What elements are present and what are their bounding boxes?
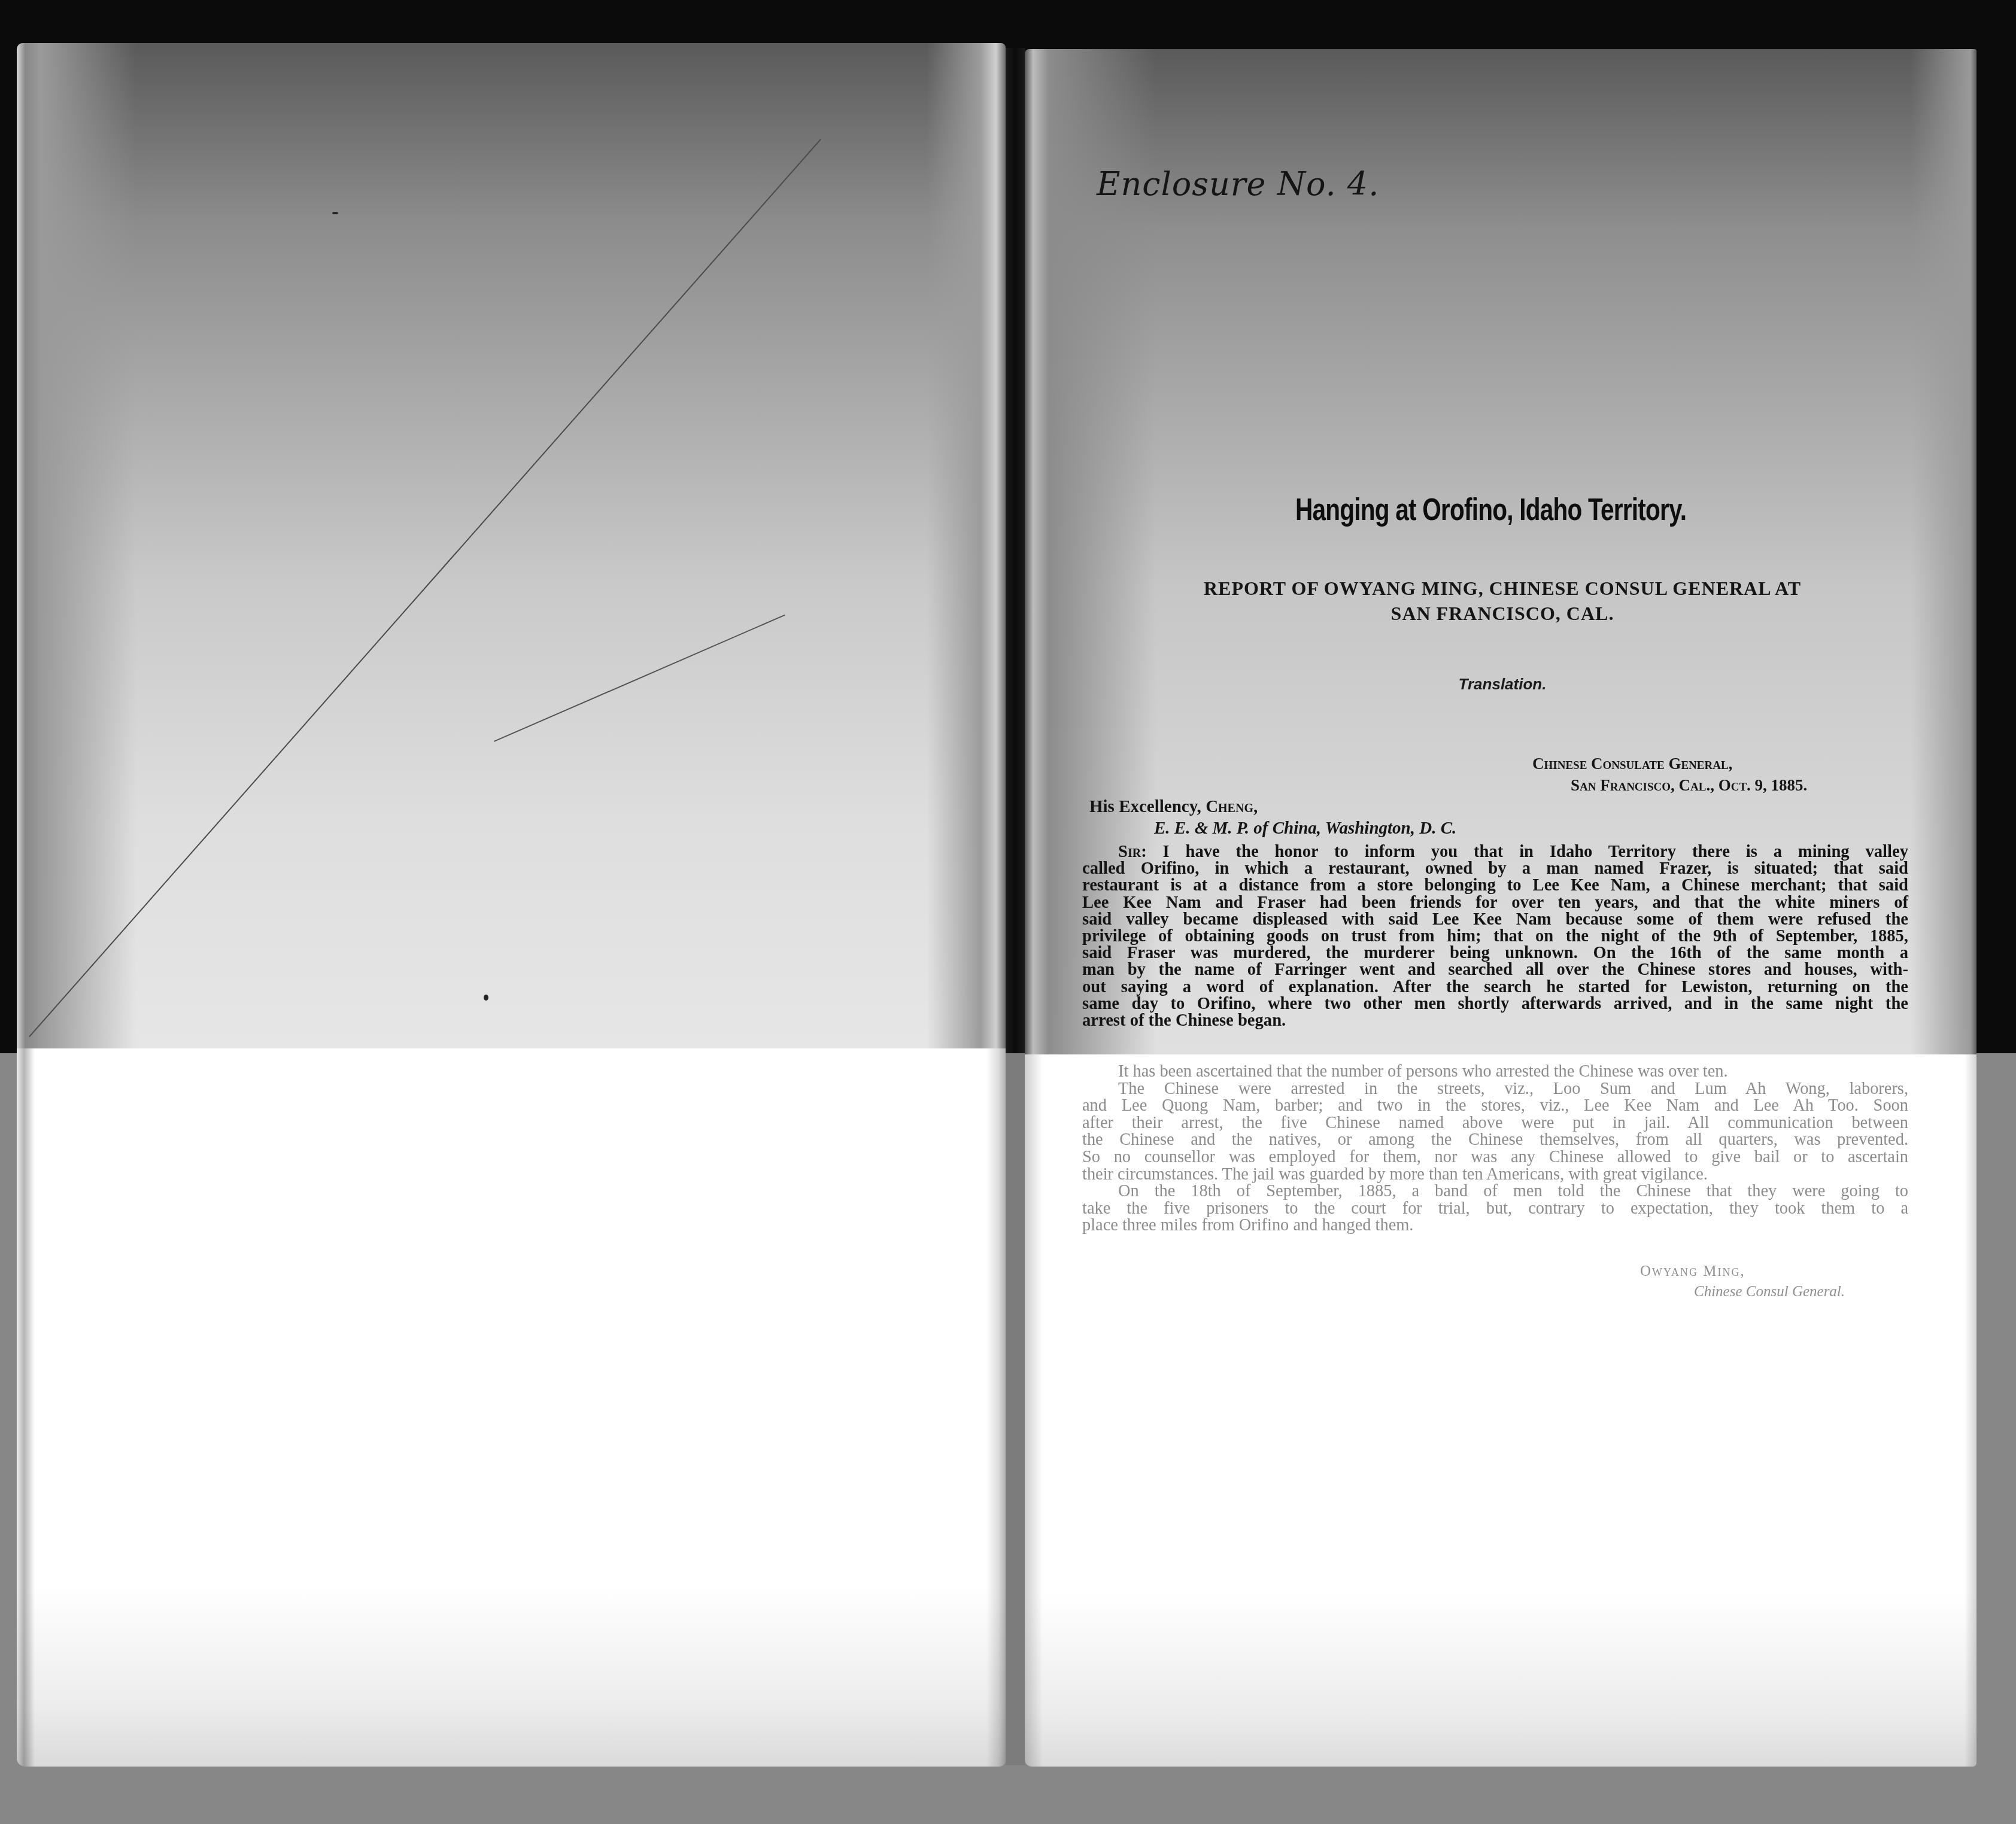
body-line: said valley became displeased with said … (1082, 911, 1908, 928)
report-title-line-2: SAN FRANCISCO, CAL. (1101, 601, 1903, 626)
consulate-date-line: San Francisco, Cal., Oct. 9, 1885. (1532, 774, 1807, 796)
signature-block: Owyang Ming, Chinese Consul General. (1640, 1261, 1845, 1302)
body-line: after their arrest, the five Chinese nam… (1082, 1115, 1908, 1132)
document-title: Hanging at Orofino, Idaho Territory. (1295, 492, 1686, 528)
signature-title: Chinese Consul General. (1640, 1282, 1845, 1302)
left-page (17, 43, 1006, 1767)
addressee-name: Cheng, (1206, 797, 1258, 816)
body-line: Lee Kee Nam and Fraser had been friends … (1082, 895, 1908, 911)
body-line: The Chinese were arrested in the streets… (1082, 1081, 1908, 1098)
addressee-prefix: His Excellency, (1089, 797, 1206, 816)
letter-body-upper: Sir: I have the honor to inform you that… (1082, 844, 1908, 1029)
body-line: take the five prisoners to the court for… (1082, 1200, 1908, 1218)
body-line: out saying a word of explanation. After … (1082, 979, 1908, 996)
left-page-lower (17, 1048, 1006, 1767)
left-page-upper (17, 43, 1006, 1048)
speck (484, 995, 488, 1001)
body-line: their circumstances. The jail was guarde… (1082, 1166, 1908, 1184)
consulate-line-1: Chinese Consulate General, (1532, 753, 1807, 774)
consulate-header: Chinese Consulate General, San Francisco… (1532, 753, 1807, 796)
body-line: privilege of obtaining goods on trust fr… (1082, 928, 1908, 945)
speck (332, 212, 338, 214)
addressee: His Excellency, Cheng, E. E. & M. P. of … (1089, 796, 1456, 839)
body-line: restaurant is at a distance from a store… (1082, 877, 1908, 894)
addressee-line-2: E. E. & M. P. of China, Washington, D. C… (1089, 817, 1456, 839)
body-line: On the 18th of September, 1885, a band o… (1082, 1183, 1908, 1200)
report-title-line-1: REPORT OF OWYANG MING, CHINESE CONSUL GE… (1101, 576, 1903, 601)
body-line: place three miles from Orifino and hange… (1082, 1217, 1908, 1235)
body-line: called Orifino, in which a restaurant, o… (1082, 861, 1908, 877)
body-line: Sir: I have the honor to inform you that… (1082, 844, 1908, 861)
body-line: arrest of the Chinese began. (1082, 1013, 1908, 1029)
body-line: and Lee Quong Nam, barber; and two in th… (1082, 1098, 1908, 1115)
body-line: same day to Orifino, where two other men… (1082, 996, 1908, 1013)
body-line: So no counsellor was employed for them, … (1082, 1149, 1908, 1166)
salutation: Sir (1118, 843, 1141, 861)
signature-name: Owyang Ming, (1640, 1261, 1845, 1282)
report-title: REPORT OF OWYANG MING, CHINESE CONSUL GE… (1101, 576, 1903, 626)
body-line: man by the name of Farringer went and se… (1082, 962, 1908, 978)
translation-label: Translation. (1101, 675, 1903, 694)
body-line: It has been ascertained that the number … (1082, 1063, 1908, 1081)
addressee-line-1: His Excellency, Cheng, (1089, 796, 1456, 817)
book-gutter-lower (1006, 1053, 1025, 1765)
body-line: said Fraser was murdered, the murderer b… (1082, 945, 1908, 962)
letter-body-lower: It has been ascertained that the number … (1082, 1063, 1908, 1235)
body-line: the Chinese and the natives, or among th… (1082, 1132, 1908, 1149)
enclosure-heading: Enclosure No. 4. (1097, 165, 1379, 203)
